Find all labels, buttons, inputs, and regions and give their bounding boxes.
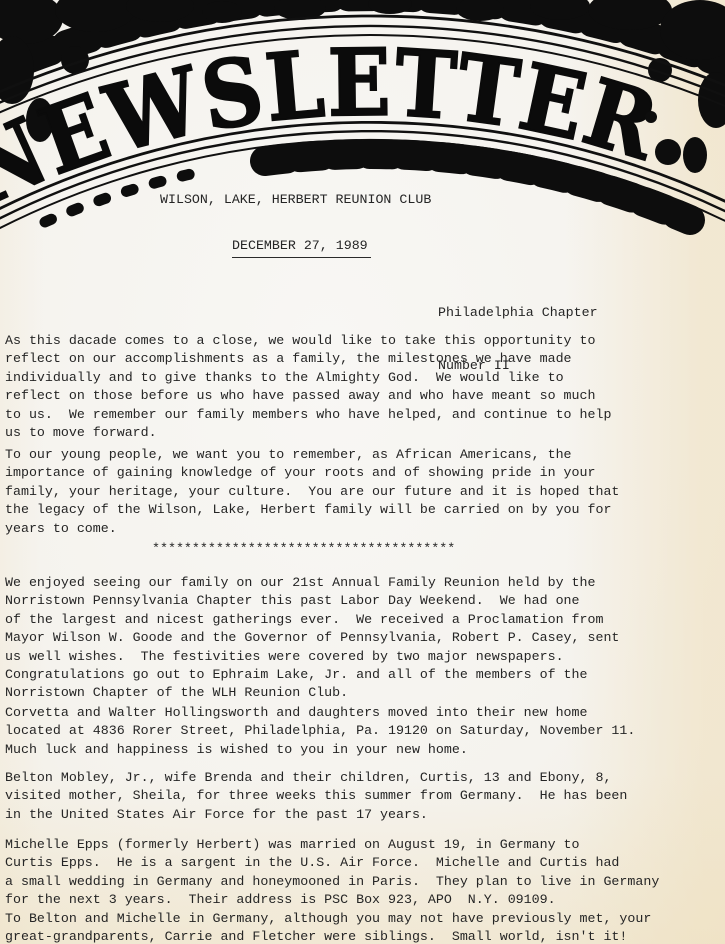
newsletter-banner: NEWSLETTER [0,0,725,260]
paragraph-young-people: To our young people, we want you to reme… [5,446,717,538]
paragraph-small-world: To Belton and Michelle in Germany, altho… [5,910,717,944]
paragraph-belton-mobley: Belton Mobley, Jr., wife Brenda and thei… [5,769,717,824]
issue-date: DECEMBER 27, 1989 [232,237,371,258]
chapter-name: Philadelphia Chapter [438,304,598,322]
banner-title-period [645,111,681,165]
section-divider: ************************************** [152,540,455,558]
paragraph-michelle-epps: Michelle Epps (formerly Herbert) was mar… [5,836,717,910]
banner-ornaments-bottom [45,154,690,222]
club-name: WILSON, LAKE, HERBERT REUNION CLUB [160,191,431,209]
paragraph-reunion-recap: We enjoyed seeing our family on our 21st… [5,574,717,703]
banner-arc-lines-top [0,16,725,126]
newsletter-page: NEWSLETTER WILSON, LAKE, HERBERT REUNION… [0,0,725,944]
banner-ornaments-top [0,0,725,173]
paragraph-hollingsworth-home: Corvetta and Walter Hollingsworth and da… [5,704,717,759]
paragraph-decade-reflection: As this dacade comes to a close, we woul… [5,332,717,442]
banner-arc-lines-bottom [0,122,725,244]
